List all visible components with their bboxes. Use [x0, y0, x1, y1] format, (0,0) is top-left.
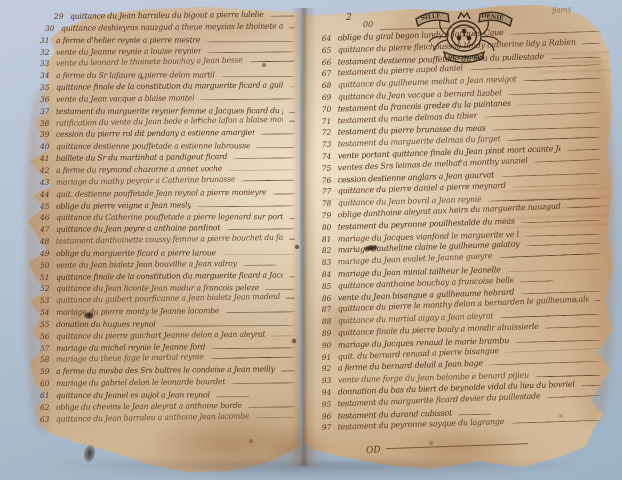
entry-rule-line: [233, 157, 295, 159]
register-entry: 60 mariage du gabriel delon le leonarde …: [40, 376, 298, 391]
entry-number: 56: [40, 332, 56, 341]
entry-number: 57: [40, 343, 56, 352]
entry-number: 58: [40, 355, 56, 364]
entry-rule-line: [216, 396, 250, 397]
entry-text: quittance du Jean peyre a anthoine pardi…: [56, 223, 220, 234]
entry-text: quittance finale de la constitution du m…: [56, 81, 283, 92]
entry-rule-line: [525, 243, 600, 246]
entry-rule-line: [249, 61, 295, 63]
entry-rule-line: [520, 290, 600, 294]
entry-rule-line: [507, 269, 601, 272]
entry-number: 41: [40, 154, 56, 163]
entry-number: 43: [40, 178, 56, 187]
entry-number: 60: [40, 379, 56, 388]
entry-rule-line: [483, 112, 600, 118]
entry-number: 63: [40, 414, 56, 423]
entry-rule-line: [206, 41, 295, 42]
entry-rule-line: [289, 218, 295, 219]
entry-number: 91: [322, 352, 338, 362]
entry-rule-line: [210, 357, 295, 359]
entry-number: 62: [40, 403, 56, 412]
entry-rule-line: [469, 64, 601, 70]
entry-rule-line: [273, 193, 295, 194]
register-entry: 39 cession du pierre rol dit pendany a e…: [40, 128, 298, 143]
entry-rule-line: [225, 311, 295, 313]
entry-rule-line: [197, 205, 295, 207]
entry-rule-line: [567, 149, 601, 151]
entry-rule-line: [248, 406, 295, 407]
entry-rule-line: [226, 229, 295, 231]
entry-text: a ferme du reymond chazorne a annet voch…: [56, 164, 222, 175]
entry-number: 36: [40, 95, 56, 104]
entry-number: 73: [322, 140, 338, 150]
entry-rule-line: [211, 347, 295, 349]
entry-text: vente du Jeanne reynie a louise reynier: [56, 46, 202, 57]
entry-rule-line: [546, 395, 600, 398]
entry-number: 80: [322, 222, 338, 232]
register-entry: 54 mariage du pierre monty le Jeanne lac…: [40, 305, 298, 320]
entry-rule-line: [507, 137, 601, 141]
entry-number: 88: [322, 317, 338, 327]
entry-number: 34: [40, 71, 56, 80]
entry-rule-line: [221, 76, 295, 77]
entry-rule-line: [255, 416, 295, 418]
entry-number: 81: [322, 234, 338, 243]
entry-rule-line: [500, 172, 600, 176]
entry-rule-line: [261, 134, 295, 135]
entry-text: mariage du theue fage le martial reynie: [56, 353, 204, 365]
entry-rule-line: [510, 420, 600, 424]
entry-text: vente du Jean vacque a blaise montel: [56, 93, 194, 103]
entry-rule-line: [512, 184, 601, 188]
entry-number: 64: [322, 33, 338, 43]
entry-number: 97: [322, 423, 338, 433]
entry-text: quittance destienne pouffetade a estienn…: [56, 142, 250, 152]
entry-number: 45: [40, 201, 56, 210]
entry-rule-line: [545, 326, 601, 329]
entry-number: 33: [40, 59, 56, 68]
entry-number: 70: [322, 104, 338, 114]
entry-number: 95: [322, 399, 338, 409]
entry-rule-line: [270, 15, 295, 16]
entry-number: 72: [322, 128, 338, 137]
entry-rule-line: [271, 335, 295, 336]
entry-rule-line: [289, 27, 295, 28]
entry-number: 68: [322, 81, 338, 91]
entry-number: 52: [40, 284, 56, 293]
entry-rule-line: [567, 206, 601, 208]
entry-number: 93: [322, 376, 338, 385]
entry-number: 69: [322, 93, 338, 102]
entry-number: 35: [40, 83, 56, 92]
entry-number: 44: [40, 189, 56, 198]
entry-rule-line: [256, 147, 295, 148]
entry-number: 29: [54, 12, 70, 21]
entry-number: 61: [40, 391, 56, 400]
entry-number: 39: [40, 130, 56, 139]
entry-rule-line: [289, 86, 295, 87]
entry-number: 38: [40, 118, 56, 127]
entry-number: 54: [40, 308, 56, 317]
entry-number: 47: [40, 225, 56, 234]
entry-rule-line: [228, 169, 295, 171]
entry-rule-line: [200, 98, 295, 100]
entry-text: quittance du Catherine pouffetade a pier…: [56, 212, 283, 222]
entry-rule-line: [525, 233, 601, 236]
entry-number: 76: [322, 175, 338, 185]
entry-text: vente du leonard le thoinete bouchay a J…: [56, 56, 243, 68]
entry-number: 78: [322, 199, 338, 208]
entry-text: baillete du Sr du martinhat a pandigeut …: [56, 152, 227, 163]
left-page-entries: 29 quittance du Jean barraleu du bigout …: [40, 12, 298, 427]
entry-number: 82: [322, 246, 338, 256]
entry-rule-line: [489, 361, 601, 366]
entry-rule-line: [243, 264, 277, 265]
entry-rule-line: [286, 298, 295, 299]
entry-number: 83: [322, 258, 338, 268]
entry-text: mariage du gabriel delon le leonarde bou…: [56, 377, 225, 388]
entry-rule-line: [241, 179, 295, 181]
paper-specks: [0, 0, 2, 2]
entry-text: quittance du pierre guichart Jeanne delo…: [56, 329, 266, 340]
entry-rule-line: [520, 280, 554, 282]
entry-text: vente du Jean bialetz Jean bouvilhe a Je…: [56, 259, 237, 270]
entry-rule-line: [231, 382, 295, 384]
entry-number: 92: [322, 364, 338, 374]
entry-number: 37: [40, 107, 56, 116]
fiscal-stamp-icon: SILLE DENIE DV LIMOSIN: [408, 5, 520, 65]
entry-rule-line: [498, 253, 600, 258]
entry-text: quittance deshieyras nauzgud a theue mey…: [61, 21, 283, 32]
entry-rule-line: [521, 220, 601, 224]
entry-number: 50: [40, 261, 56, 270]
entry-rule-line: [162, 325, 295, 326]
entry-text: mariage du pierre monty le Jeanne lacomb…: [56, 306, 219, 317]
entry-rule-line: [207, 51, 295, 53]
entry-number: 87: [322, 305, 338, 315]
page-number: 2: [346, 13, 352, 23]
entry-rule-line: [535, 375, 601, 378]
entry-text: oblige du chevins le Jean aleyrat a anth…: [56, 401, 242, 412]
entry-number: 75: [322, 163, 338, 173]
right-page-entries: 64 oblige du giral begon lundy a Jacques…: [322, 34, 604, 435]
entry-rule-line: [523, 78, 601, 82]
entry-number: 66: [322, 57, 338, 66]
entry-number: 89: [322, 328, 338, 338]
entry-number: 90: [322, 340, 338, 349]
entry-number: 94: [322, 387, 338, 397]
register-entry: 51 quittance finale de la constitution d…: [40, 270, 298, 285]
entry-rule-line: [289, 120, 295, 121]
entry-number: 71: [322, 116, 338, 126]
entry-number: 48: [40, 237, 56, 246]
entry-rule-line: [510, 31, 601, 35]
entry-number: 85: [322, 281, 338, 291]
entry-number: 77: [322, 187, 338, 197]
register-entry: 36 vente du Jean vacque a blaise montel: [40, 92, 298, 107]
entry-number: 51: [40, 272, 56, 281]
entry-rule-line: [281, 371, 295, 372]
entry-rule-line: [265, 290, 295, 291]
entry-number: 42: [40, 166, 56, 175]
entry-rule-line: [595, 300, 601, 301]
entry-text: cession du pierre rol dit pendany a esti…: [56, 128, 255, 139]
entry-number: 65: [322, 45, 338, 55]
register-entry: 30 quittance deshieyras nauzgud a theue …: [45, 21, 298, 35]
entry-number: 49: [40, 249, 56, 258]
entry-number: 96: [322, 411, 338, 420]
entry-text: mariage du michel reynie le Jeanne ford: [56, 342, 205, 353]
entry-number: 74: [322, 151, 338, 161]
entry-rule-line: [534, 159, 601, 163]
entry-rule-line: [581, 385, 601, 387]
entry-number: 53: [40, 296, 56, 305]
entry-text: a ferme d'helier reynie a pierre mestre: [56, 35, 200, 45]
entry-number: 84: [322, 270, 338, 279]
entry-number: 67: [322, 69, 338, 79]
entry-text: testament du marguerite reynier femme a …: [56, 106, 283, 116]
folio-mark: 00: [363, 20, 373, 29]
entry-number: 79: [322, 210, 338, 220]
entry-rule-line: [505, 348, 601, 353]
entry-text: quit. destienne pouffetade Jean reynol a…: [56, 187, 267, 198]
entry-number: 32: [40, 47, 56, 56]
entry-rule-line: [517, 102, 601, 106]
entry-number: 86: [322, 293, 338, 303]
manuscript-scan: 29 quittance du Jean barraleu du bigout …: [0, 0, 622, 480]
entry-text: oblige du marguerite ficard a pierre lar…: [56, 248, 216, 258]
entry-rule-line: [289, 239, 295, 240]
entry-number: 59: [40, 367, 56, 376]
entry-rule-line: [508, 92, 601, 95]
entry-rule-line: [458, 413, 492, 415]
entry-number: 55: [40, 320, 56, 329]
entry-rule-line: [499, 314, 600, 318]
entry-rule-line: [582, 43, 601, 45]
entry-text: quittance du Jeanel es aujol a Jean reyn…: [56, 390, 210, 400]
entry-number: 30: [45, 24, 61, 33]
entry-rule-line: [289, 276, 295, 277]
entry-number: 31: [40, 36, 56, 45]
entry-text: quittance du Jean barraleu du bigout a p…: [70, 10, 264, 21]
entry-number: 46: [40, 213, 56, 222]
stamp-base-text: DV LIMOSIN: [448, 55, 485, 61]
entry-number: 40: [40, 142, 56, 151]
entry-text: a ferme du mesba des Srs bultres le cond…: [56, 365, 275, 376]
entry-rule-line: [289, 112, 295, 113]
register-entry: 45 oblige du pierre veigne a Jean mesly: [40, 199, 298, 214]
entry-text: a ferme du Sr lafaure a pierre delon mar…: [56, 71, 215, 81]
register-entry: 33 vente du leonard le thoinete bouchay …: [40, 55, 298, 71]
entry-text: oblige du pierre veigne a Jean mesly: [56, 200, 192, 210]
entry-text: quittance finale de la constitution du m…: [56, 270, 283, 281]
entry-rule-line: [222, 254, 295, 255]
entry-text: donation du hugues reynol: [56, 320, 156, 329]
